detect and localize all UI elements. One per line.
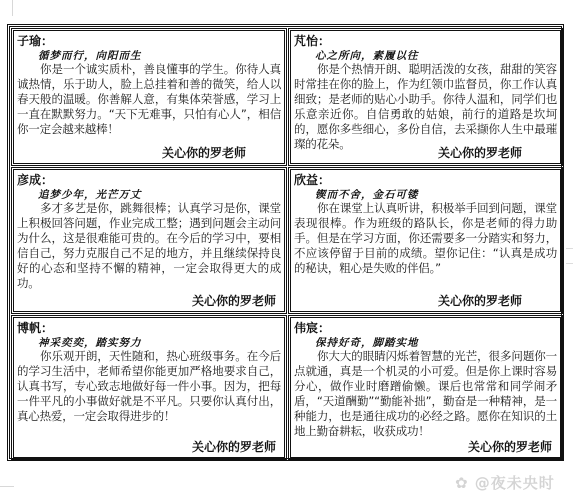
motto: 循梦而行，向阳而生 [38, 48, 142, 63]
comment-text: 多才多艺是你，跳舞很棒；认真学习是你，课堂上积极回答问题，作业完成工整；遇到问题… [17, 201, 281, 291]
teacher-signature: 关心你的罗老师 [162, 144, 246, 161]
motto: 心之所向，素履以往 [315, 48, 419, 63]
comment-card: 芃怡： 心之所向，素履以往 你是个热情开朗、聪明活泼的女孩，甜甜的笑容时常挂在你… [288, 28, 563, 166]
teacher-signature: 关心你的罗老师 [438, 292, 522, 309]
student-name: 博帆： [17, 319, 53, 336]
page-side-tab [566, 248, 573, 264]
teacher-signature: 关心你的罗老师 [468, 438, 552, 455]
motto: 保持好奇，脚踏实地 [315, 335, 419, 350]
teacher-signature: 关心你的罗老师 [438, 144, 522, 161]
watermark: ✿ @夜未央时 [455, 472, 555, 493]
student-name: 欣益： [294, 171, 330, 188]
comments-table: 子瑜： 循梦而行，向阳而生 你是一个诚实质朴，善良懂事的学生。你待人真诚热情，乐… [7, 24, 564, 461]
motto: 神采奕奕，踏实努力 [38, 335, 142, 350]
comment-text: 你是个热情开朗、聪明活泼的女孩，甜甜的笑容时常挂在你的脸上，作为红领巾监督员，你… [294, 62, 557, 152]
student-name: 子瑜： [17, 32, 53, 49]
comment-text: 你大大的眼睛闪烁着智慧的光芒，很多问题你一点就通，真是一个机灵的小可爱。但是你上… [294, 349, 557, 439]
page-edge-marker [12, 0, 13, 16]
comment-card: 伟宸： 保持好奇，脚踏实地 你大大的眼睛闪烁着智慧的光芒，很多问题你一点就通，真… [288, 315, 563, 460]
motto: 锲而不舍，金石可镂 [315, 187, 419, 202]
comment-text: 你乐观开朗，天性随和，热心班级事务。在今后的学习生活中，老师希望你能更加严格地要… [17, 349, 281, 424]
student-name: 彦成： [17, 171, 53, 188]
page-edge-marker [0, 486, 14, 487]
motto: 追梦少年，光芒万丈 [38, 187, 142, 202]
teacher-signature: 关心你的罗老师 [192, 292, 276, 309]
student-name: 芃怡： [294, 32, 330, 49]
comment-text: 你在课堂上认真听讲，积极举手回到问题，课堂表现很棒。作为班级的路队长，你是老师的… [294, 201, 557, 276]
comment-card: 博帆： 神采奕奕，踏实努力 你乐观开朗，天性随和，热心班级事务。在今后的学习生活… [11, 315, 287, 460]
comment-card: 子瑜： 循梦而行，向阳而生 你是一个诚实质朴，善良懂事的学生。你待人真诚热情，乐… [11, 28, 287, 166]
student-name: 伟宸： [294, 319, 330, 336]
comment-card: 彦成： 追梦少年，光芒万丈 多才多艺是你，跳舞很棒；认真学习是你，课堂上积极回答… [11, 167, 287, 314]
teacher-signature: 关心你的罗老师 [192, 438, 276, 455]
comment-text: 你是一个诚实质朴，善良懂事的学生。你待人真诚热情，乐于助人，脸上总挂着和善的微笑… [17, 62, 281, 137]
comment-card: 欣益： 锲而不舍，金石可镂 你在课堂上认真听讲，积极举手回到问题，课堂表现很棒。… [288, 167, 563, 314]
